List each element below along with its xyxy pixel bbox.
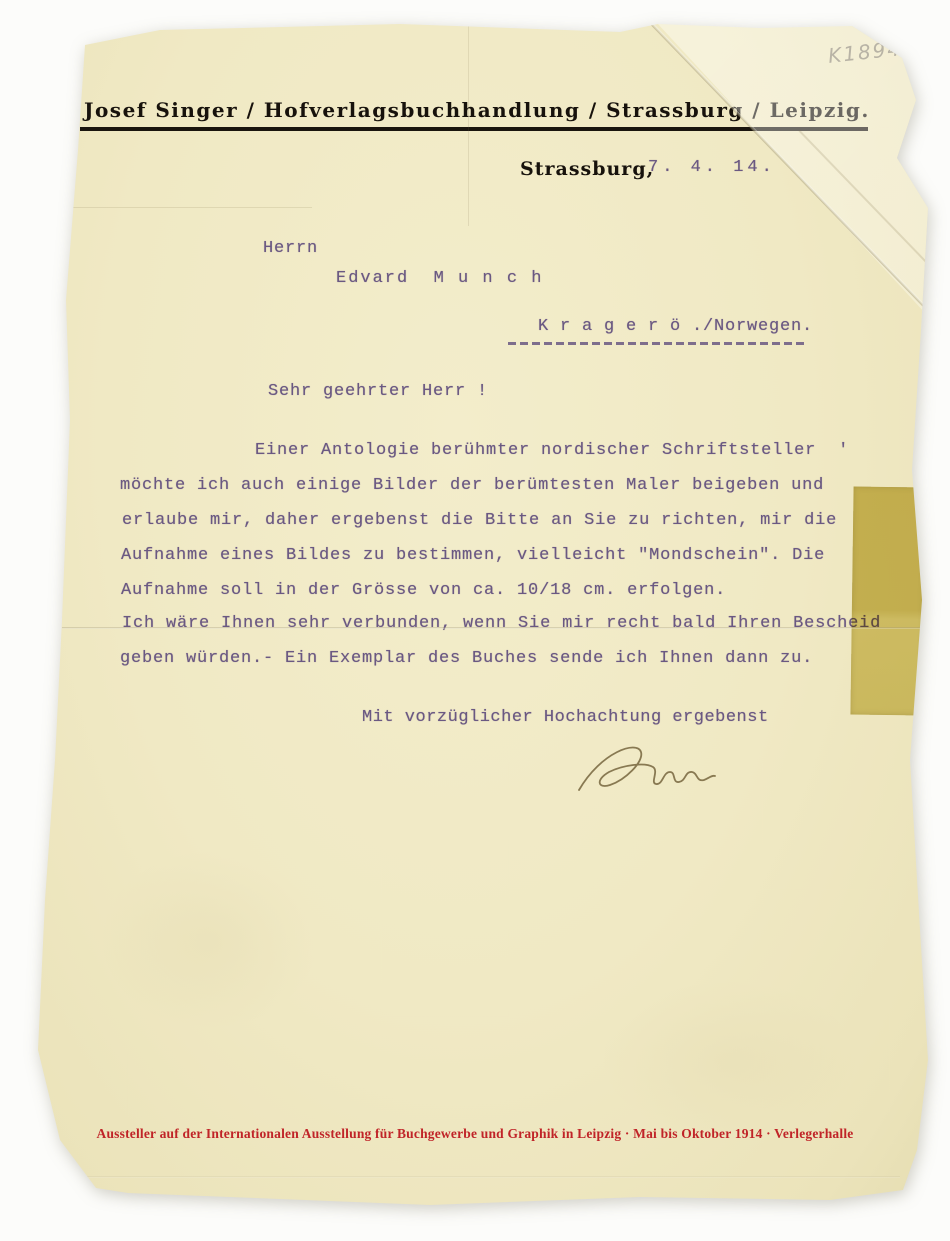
exhibition-footer: Aussteller auf der Internationalen Ausst… <box>0 1126 950 1142</box>
fold-crease-top <box>62 207 312 208</box>
letter-sheet-wrap: Josef Singer / Hofverlagsbuchhandlung / … <box>0 0 950 1241</box>
fold-crease-diagonal <box>648 20 950 339</box>
signature-flourish <box>565 738 730 808</box>
dateline-place: Strassburg, <box>520 158 654 180</box>
scan-background: Josef Singer / Hofverlagsbuchhandlung / … <box>0 0 950 1241</box>
closing-formula: Mit vorzüglicher Hochachtung ergebenst <box>362 708 769 727</box>
paper-stain <box>600 980 860 1140</box>
recipient-location: K r a g e r ö ./Norwegen. <box>538 317 813 336</box>
recipient-honorific: Herrn <box>263 239 318 258</box>
recipient-location-underline <box>508 342 808 345</box>
body-line: erlaube mir, daher ergebenst die Bitte a… <box>122 511 837 530</box>
body-line: Aufnahme soll in der Grösse von ca. 10/1… <box>121 581 726 600</box>
recipient-name: Edvard M u n c h <box>336 269 543 288</box>
body-line: Aufnahme eines Bildes zu bestimmen, viel… <box>121 546 825 565</box>
body-line: Einer Antologie berühmter nordischer Sch… <box>255 441 849 460</box>
salutation: Sehr geehrter Herr ! <box>268 382 488 401</box>
letterhead: Josef Singer / Hofverlagsbuchhandlung / … <box>84 98 870 122</box>
fold-crease-vertical <box>468 26 469 226</box>
body-line: Ich wäre Ihnen sehr verbunden, wenn Sie … <box>122 614 881 633</box>
dateline-date: 7. 4. 14. <box>648 158 776 177</box>
archive-code-annotation: K1894 <box>827 36 903 68</box>
body-line: möchte ich auch einige Bilder der berümt… <box>120 476 824 495</box>
body-line: geben würden.- Ein Exemplar des Buches s… <box>120 649 813 668</box>
fold-crease-bottom <box>80 1176 900 1178</box>
paper-stain <box>100 850 320 1030</box>
tape-strip <box>850 487 925 716</box>
fold-crease-diagonal-secondary <box>799 130 950 290</box>
letter-sheet: Josef Singer / Hofverlagsbuchhandlung / … <box>0 0 950 1241</box>
letterhead-rule <box>80 127 868 131</box>
